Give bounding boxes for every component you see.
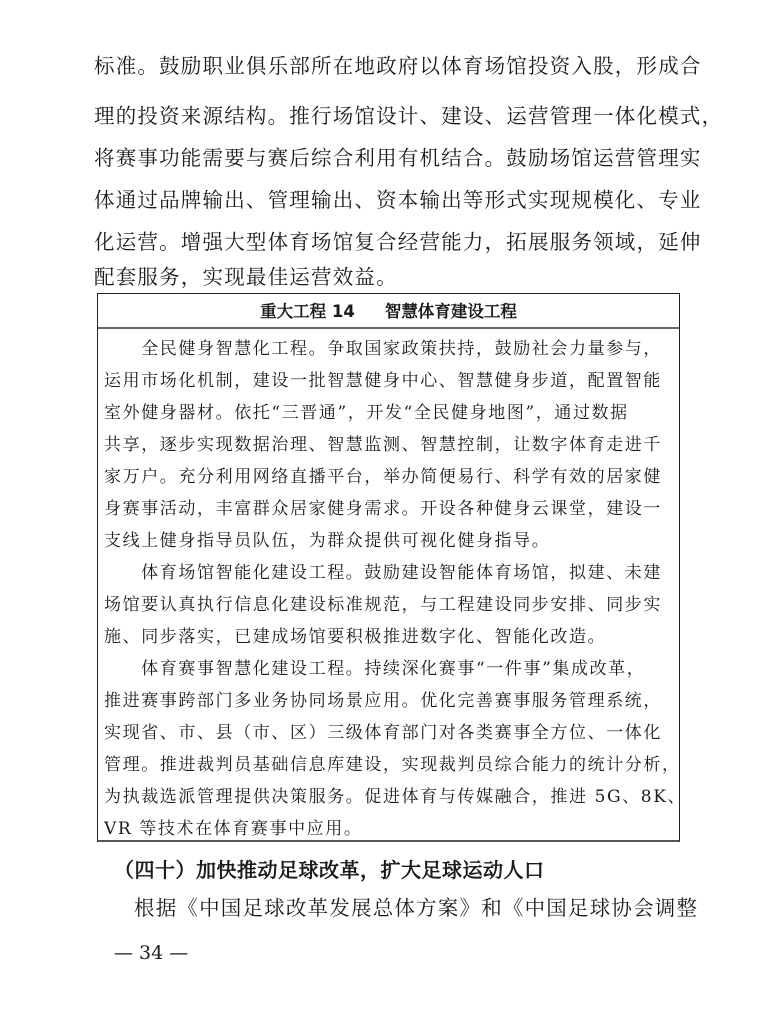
intro-line-5: 化运营。增强大型体育场馆复合经营能力，拓展服务领域，延伸 [94,232,684,252]
box-line-5: 家万户。充分利用网络直播平台，举办简便易行、科学有效的居家健 [104,468,674,486]
box-line-8: 体育场馆智能化建设工程。鼓励建设智能体育场馆，拟建、未建 [104,564,674,582]
intro-line-6: 配套服务，实现最佳运营效益。 [94,267,684,287]
intro-line-1: 标准。鼓励职业俱乐部所在地政府以体育场馆投资入股，形成合 [94,56,684,76]
document-page: 标准。鼓励职业俱乐部所在地政府以体育场馆投资入股，形成合 理的投资来源结构。推行… [0,0,773,1018]
intro-line-3: 将赛事功能需要与赛后综合利用有机结合。鼓励场馆运营管理实 [94,148,684,168]
project-number: 重大工程 14 [260,302,355,321]
box-line-9: 场馆要认真执行信息化建设标准规范，与工程建设同步安排、同步实 [104,596,674,614]
major-project-box: 重大工程 14智慧体育建设工程 全民健身智慧化工程。争取国家政策扶持，鼓励社会力… [97,293,680,842]
box-line-13: 实现省、市、县（市、区）三级体育部门对各类赛事全方位、一体化 [104,724,674,742]
page-number: — 34 — [114,942,188,964]
box-line-14: 管理。推进裁判员基础信息库建设，实现裁判员综合能力的统计分析， [104,756,674,774]
box-line-16: VR 等技术在体育赛事中应用。 [104,820,674,838]
intro-line-2: 理的投资来源结构。推行场馆设计、建设、运营管理一体化模式， [94,106,684,126]
box-line-15: 为执裁选派管理提供决策服务。促进体育与传媒融合，推进 5G、8K、 [104,788,674,806]
box-line-2: 运用市场化机制，建设一批智慧健身中心、智慧健身步道，配置智能 [104,372,674,390]
box-line-3: 室外健身器材。依托“三晋通”，开发“全民健身地图”，通过数据 [104,404,674,422]
box-line-11: 体育赛事智慧化建设工程。持续深化赛事“一件事”集成改革， [104,660,674,678]
intro-line-4: 体通过品牌输出、管理输出、资本输出等形式实现规模化、专业 [94,190,684,210]
box-header: 重大工程 14智慧体育建设工程 [98,294,679,329]
box-line-6: 身赛事活动，丰富群众居家健身需求。开设各种健身云课堂，建设一 [104,500,674,518]
box-line-12: 推进赛事跨部门多业务协同场景应用。优化完善赛事服务管理系统， [104,692,674,710]
box-line-10: 施、同步落实，已建成场馆要积极推进数字化、智能化改造。 [104,628,674,646]
box-line-7: 支线上健身指导员队伍，为群众提供可视化健身指导。 [104,532,674,550]
box-line-1: 全民健身智慧化工程。争取国家政策扶持，鼓励社会力量参与， [104,340,674,358]
box-line-4: 共享，逐步实现数据治理、智慧监测、智慧控制，让数字体育走进千 [104,436,674,454]
section-first-line: 根据《中国足球改革发展总体方案》和《中国足球协会调整 [134,898,724,918]
section-heading: （四十）加快推动足球改革，扩大足球运动人口 [114,854,545,883]
project-title: 智慧体育建设工程 [385,302,517,321]
